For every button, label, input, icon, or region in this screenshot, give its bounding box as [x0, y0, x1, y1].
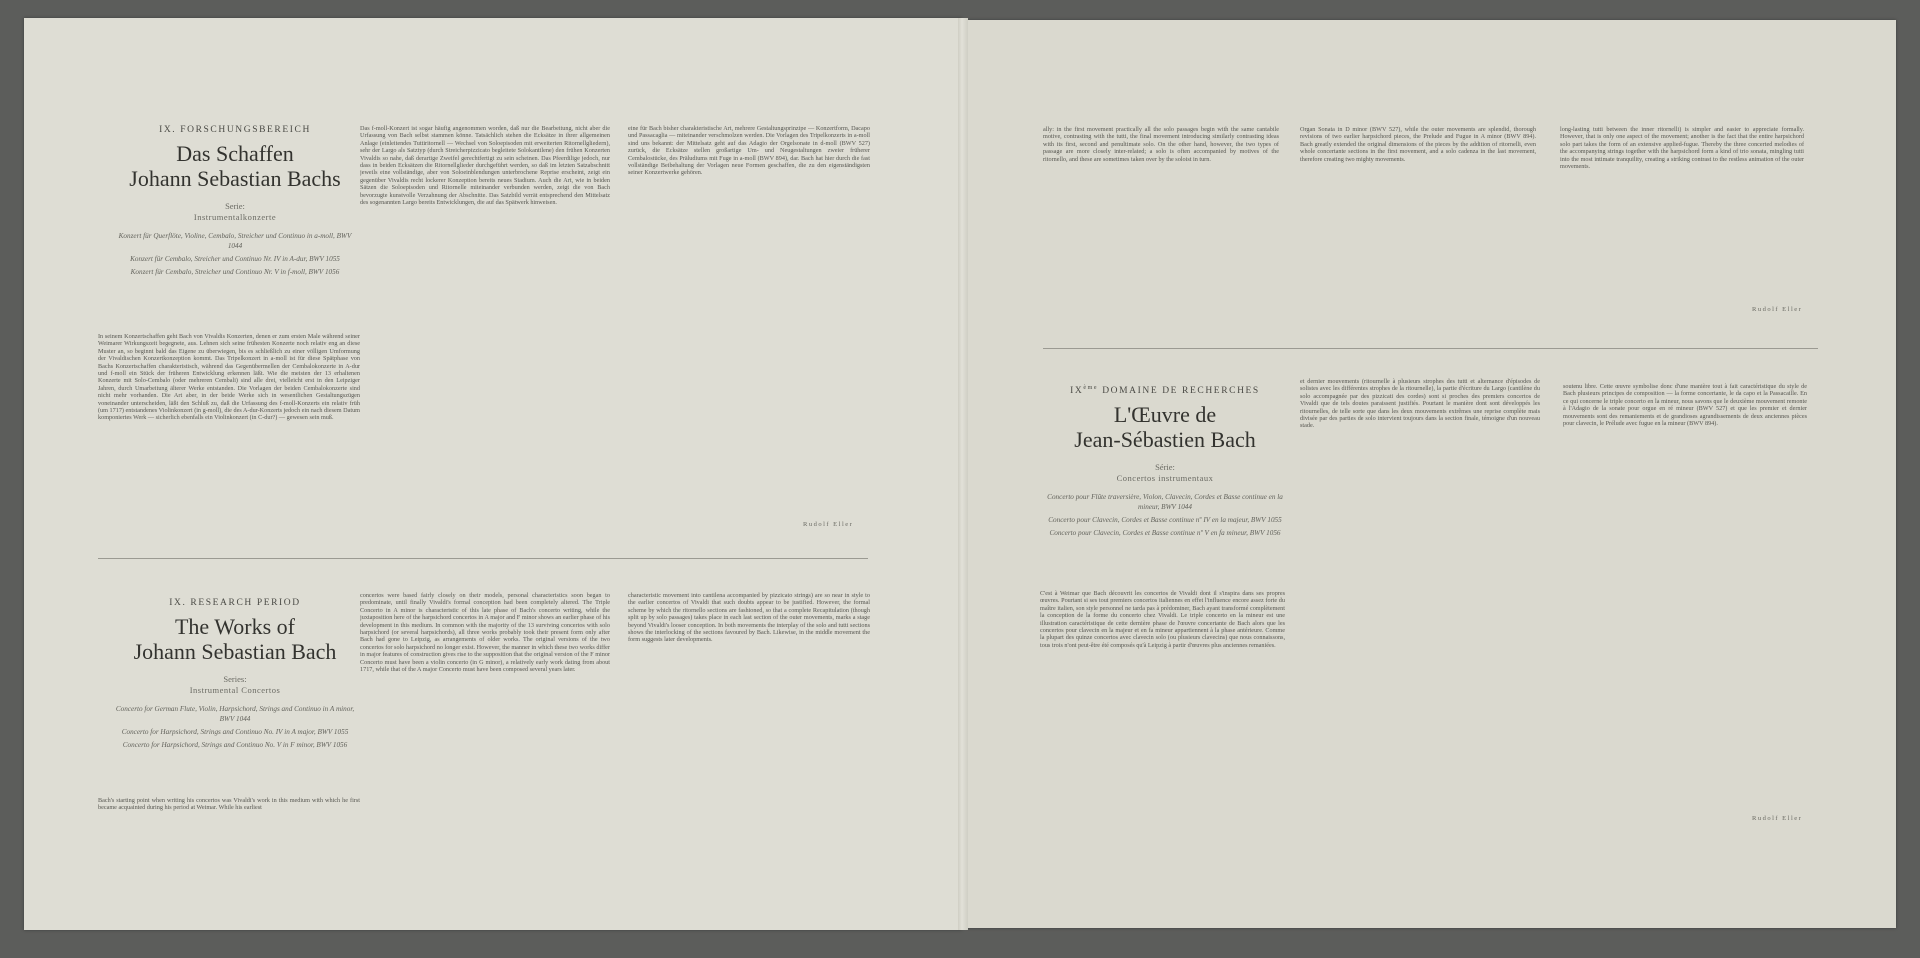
french-body-col-1: C'est à Weimar que Bach découvrit les co… — [1040, 590, 1285, 835]
german-body-col-1: In seinem Konzertschaffen geht Bach von … — [98, 333, 360, 533]
english-cont-col-2: Organ Sonata in D minor (BWV 527), while… — [1300, 126, 1536, 306]
section-divider — [1043, 348, 1818, 349]
english-cont-col-3: long-lasting tutti between the inner rit… — [1560, 126, 1804, 296]
signature: Rudolf Eller — [803, 521, 853, 528]
work-item: Concerto pour Clavecin, Cordes et Basse … — [1040, 528, 1290, 538]
works-list: Konzert für Querflöte, Violine, Cembalo,… — [115, 231, 355, 277]
work-item: Concerto pour Flûte traversière, Violon,… — [1040, 492, 1290, 512]
series-name: Concertos instrumentaux — [1040, 473, 1290, 484]
title-line-2: Johann Sebastian Bachs — [115, 166, 355, 191]
english-body-col-3: characteristic movement into cantilena a… — [628, 592, 870, 818]
german-body-col-3: eine für Bach bisher charakteristische A… — [628, 125, 870, 515]
section-kicker: IX. FORSCHUNGSBEREICH — [115, 125, 355, 135]
center-fold — [958, 18, 968, 930]
english-body-col-1: Bach's starting point when writing his c… — [98, 797, 360, 823]
work-item: Concerto for Harpsichord, Strings and Co… — [110, 740, 360, 750]
title-line-1: L'Œuvre de — [1040, 402, 1290, 427]
english-body-col-2: concertos were based fairly closely on t… — [360, 592, 610, 818]
section-divider — [98, 558, 868, 559]
section-kicker: IXème DOMAINE DE RECHERCHES — [1040, 385, 1290, 396]
german-body-col-2: Das f-moll-Konzert ist sogar häufig ange… — [360, 125, 610, 525]
series-label: Série: — [1040, 462, 1290, 473]
signature: Rudolf Eller — [1752, 815, 1802, 822]
work-item: Konzert für Querflöte, Violine, Cembalo,… — [115, 231, 355, 251]
french-body-col-3: soutenu libre. Cette œuvre symbolise don… — [1563, 383, 1807, 813]
signature: Rudolf Eller — [1752, 306, 1802, 313]
works-list: Concerto pour Flûte traversière, Violon,… — [1040, 492, 1290, 538]
section-kicker: IX. RESEARCH PERIOD — [110, 598, 360, 608]
series-name: Instrumental Concertos — [110, 685, 360, 696]
work-item: Concerto for German Flute, Violin, Harps… — [110, 704, 360, 724]
series-label: Series: — [110, 674, 360, 685]
english-title-block: IX. RESEARCH PERIOD The Works of Johann … — [110, 598, 360, 753]
title-line-2: Jean-Sébastien Bach — [1040, 427, 1290, 452]
german-title-block: IX. FORSCHUNGSBEREICH Das Schaffen Johan… — [115, 125, 355, 280]
title-line-1: The Works of — [110, 614, 360, 639]
series-name: Instrumentalkonzerte — [115, 212, 355, 223]
works-list: Concerto for German Flute, Violin, Harps… — [110, 704, 360, 750]
english-cont-col-1: ally: in the first movement practically … — [1043, 126, 1279, 316]
work-item: Konzert für Cembalo, Streicher und Conti… — [115, 267, 355, 277]
work-item: Konzert für Cembalo, Streicher und Conti… — [115, 254, 355, 264]
series-label: Serie: — [115, 201, 355, 212]
french-body-col-2: et dernier mouvements (ritournelle à plu… — [1300, 378, 1540, 833]
work-item: Concerto for Harpsichord, Strings and Co… — [110, 727, 360, 737]
title-line-1: Das Schaffen — [115, 141, 355, 166]
title-line-2: Johann Sebastian Bach — [110, 639, 360, 664]
work-item: Concerto pour Clavecin, Cordes et Basse … — [1040, 515, 1290, 525]
french-title-block: IXème DOMAINE DE RECHERCHES L'Œuvre de J… — [1040, 385, 1290, 541]
